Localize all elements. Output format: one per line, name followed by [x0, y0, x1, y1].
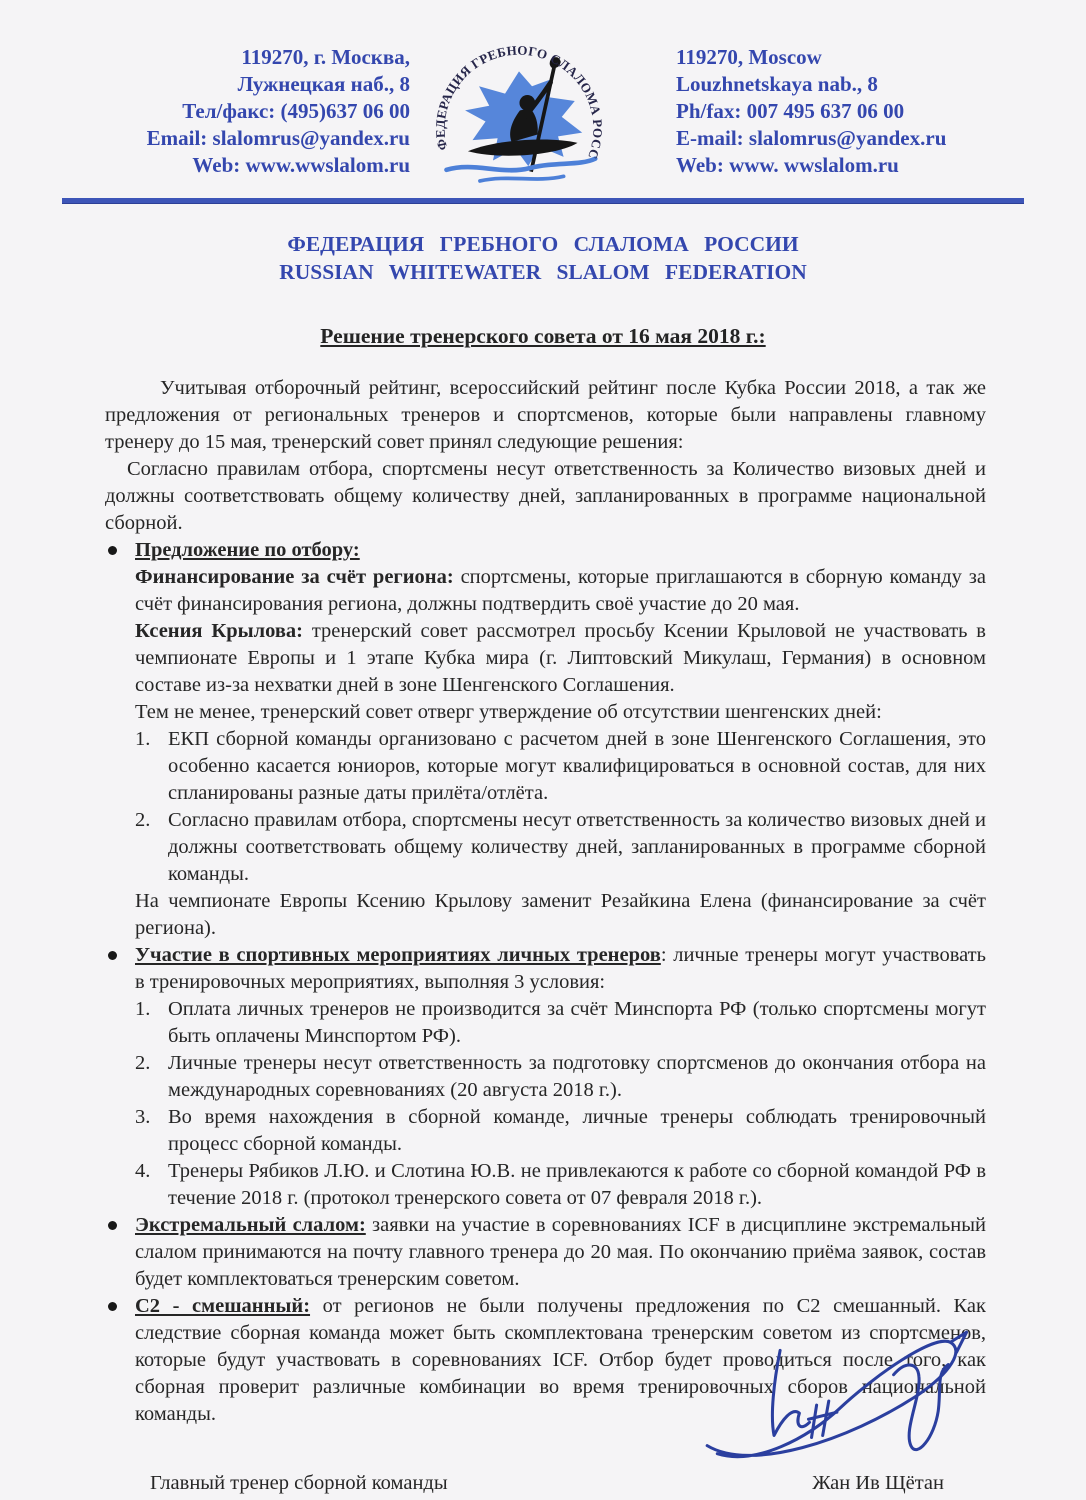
address-line: Web: www.wwslalom.ru	[60, 152, 410, 179]
numbered-item: 2. Личные тренеры несут ответственность …	[135, 1050, 986, 1104]
letterhead: 119270, г. Москва, Лужнецкая наб., 8 Тел…	[0, 0, 1086, 194]
federation-logo: ФЕДЕРАЦИЯ ГРЕБНОГО СЛАЛОМА РОССИИ	[410, 36, 628, 194]
sub-paragraph: Финансирование за счёт региона: спортсме…	[135, 564, 986, 618]
section-personal-coaches: Участие в спортивных мероприятиях личных…	[135, 942, 986, 1212]
address-line: Email: slalomrus@yandex.ru	[60, 125, 410, 152]
intro-paragraph: Учитывая отборочный рейтинг, всероссийск…	[105, 375, 986, 456]
org-name-ru: ФЕДЕРАЦИЯ ГРЕБНОГО СЛАЛОМА РОССИИ	[0, 230, 1086, 258]
bullet-marker	[108, 1302, 117, 1311]
address-line: E-mail: slalomrus@yandex.ru	[676, 125, 1026, 152]
signer-role: Главный тренер сборной команды	[150, 1472, 448, 1495]
address-line: Лужнецкая наб., 8	[60, 71, 410, 98]
numbered-item: 1. Оплата личных тренеров не производитс…	[135, 996, 986, 1050]
document-page: 119270, г. Москва, Лужнецкая наб., 8 Тел…	[0, 0, 1086, 1500]
header-contact-en: 119270, Moscow Louzhnetskaya nab., 8 Ph/…	[628, 36, 1026, 179]
kayaker-emblem-icon: ФЕДЕРАЦИЯ ГРЕБНОГО СЛАЛОМА РОССИИ	[413, 36, 625, 194]
document-title: Решение тренерского совета от 16 мая 201…	[0, 324, 1086, 349]
address-line: Тел/факс: (495)637 06 00	[60, 98, 410, 125]
numbered-item: 3. Во время нахождения в сборной команде…	[135, 1104, 986, 1158]
handwritten-signature	[688, 1322, 1006, 1474]
address-line: Louzhnetskaya nab., 8	[676, 71, 1026, 98]
sub-paragraph: На чемпионате Европы Ксению Крылову заме…	[135, 888, 986, 942]
bullet-marker	[108, 951, 117, 960]
numbered-item: 2. Согласно правилам отбора, спортсмены …	[135, 807, 986, 888]
sub-paragraph: Ксения Крылова: тренерский совет рассмот…	[135, 618, 986, 699]
section-heading: Предложение по отбору:	[135, 539, 360, 561]
document-body: Учитывая отборочный рейтинг, всероссийск…	[0, 375, 1086, 1428]
wave-line	[480, 176, 564, 181]
sub-paragraph: Тем не менее, тренерский совет отверг ут…	[135, 699, 986, 726]
section-extreme-slalom: Экстремальный слалом: заявки на участие …	[135, 1212, 986, 1293]
address-line: 119270, Moscow	[676, 44, 1026, 71]
wave-line	[447, 159, 596, 171]
numbered-item: 4. Тренеры Рябиков Л.Ю. и Слотина Ю.В. н…	[135, 1158, 986, 1212]
signature-block: Главный тренер сборной команды Жан Ив Щё…	[0, 1472, 1086, 1495]
section-heading: С2 - смешанный:	[135, 1295, 310, 1317]
section-heading: Экстремальный слалом:	[135, 1214, 366, 1236]
signer-name: Жан Ив Щётан	[812, 1472, 944, 1495]
intro-paragraph: Согласно правилам отбора, спортсмены нес…	[105, 456, 986, 537]
section-heading: Участие в спортивных мероприятиях личных…	[135, 944, 661, 966]
bullet-marker	[108, 546, 117, 555]
header-divider	[62, 198, 1024, 204]
org-name-en: RUSSIAN WHITEWATER SLALOM FEDERATION	[0, 258, 1086, 286]
address-line: Ph/fax: 007 495 637 06 00	[676, 98, 1026, 125]
organisation-names: ФЕДЕРАЦИЯ ГРЕБНОГО СЛАЛОМА РОССИИ RUSSIA…	[0, 230, 1086, 286]
bullet-marker	[108, 1221, 117, 1230]
address-line: Web: www. wwslalom.ru	[676, 152, 1026, 179]
address-line: 119270, г. Москва,	[60, 44, 410, 71]
section-selection-proposal: Предложение по отбору: Финансирование за…	[135, 537, 986, 942]
numbered-item: 1. ЕКП сборной команды организовано с ра…	[135, 726, 986, 807]
header-contact-ru: 119270, г. Москва, Лужнецкая наб., 8 Тел…	[60, 36, 410, 179]
